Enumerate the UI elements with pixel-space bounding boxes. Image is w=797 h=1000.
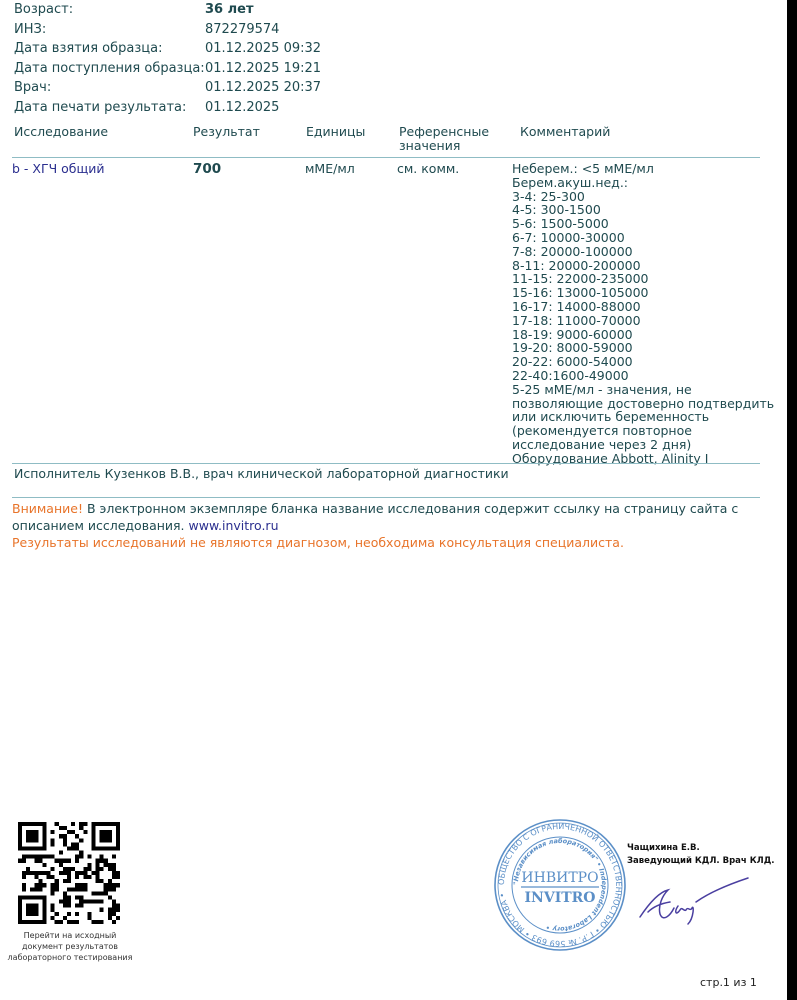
notice: Внимание! В электронном экземпляре бланк… [12,500,772,551]
qr-caption: Перейти на исходный документ результатов… [0,930,140,963]
signer-block: Чащихина Е.В. Заведующий КДЛ. Врач КЛД. [627,842,775,868]
notice-divider [12,497,760,498]
info-label: Дата поступления образца: [14,59,205,79]
header-reference: Референсные значения [399,125,489,153]
info-value: 01.12.2025 20:37 [205,78,321,98]
signer-position: Заведующий КДЛ. Врач КЛД. [627,855,775,868]
patient-info: Возраст:36 летИНЗ:872279574Дата взятия о… [14,0,321,117]
units: мМЕ/мл [305,162,355,176]
site-link[interactable]: www.invitro.ru [189,518,279,533]
signer-name: Чащихина Е.В. [627,842,775,855]
executor: Исполнитель Кузенков В.В., врач клиничес… [14,466,509,481]
info-row: Дата печати результата:01.12.2025 [14,98,321,118]
company-stamp: ОБЩЕСТВО С ОГРАНИЧЕННОЙ ОТВЕТСТВЕННОСТЬЮ… [493,818,627,952]
info-value: 01.12.2025 [205,98,279,118]
info-value: 01.12.2025 09:32 [205,39,321,59]
info-value: 872279574 [205,20,279,40]
reference-values: см. комм. [397,162,459,176]
info-row: Дата поступления образца:01.12.2025 19:2… [14,59,321,79]
info-value: 36 лет [205,0,254,20]
info-row: Врач:01.12.2025 20:37 [14,78,321,98]
svg-text:INVITRO: INVITRO [524,890,595,906]
svg-text:ИНВИТРО: ИНВИТРО [521,870,598,886]
info-value: 01.12.2025 19:21 [205,59,321,79]
info-row: Дата взятия образца:01.12.2025 09:32 [14,39,321,59]
header-test: Исследование [14,125,108,139]
info-label: Дата взятия образца: [14,39,205,59]
info-label: Врач: [14,78,205,98]
result-value: 700 [193,162,221,176]
info-row: Возраст:36 лет [14,0,321,20]
comment: Неберем.: <5 мМЕ/мл Берем.акуш.нед.: 3-4… [512,162,774,466]
info-label: Дата печати результата: [14,98,205,118]
row-divider [12,463,760,464]
header-units: Единицы [306,125,365,139]
disclaimer: Результаты исследований не являются диаг… [12,535,624,550]
qr-code[interactable] [18,822,120,924]
warning-word: Внимание! [12,501,83,516]
header-divider [12,157,760,158]
info-row: ИНЗ:872279574 [14,20,321,40]
page-number: стр.1 из 1 [700,976,757,989]
right-edge-strip [787,0,797,1000]
header-comment: Комментарий [520,125,610,139]
info-label: ИНЗ: [14,20,205,40]
test-name-link[interactable]: b - ХГЧ общий [12,162,105,176]
notice-text: В электронном экземпляре бланка название… [12,501,738,533]
header-result: Результат [193,125,260,139]
signature [630,872,750,932]
info-label: Возраст: [14,0,205,20]
